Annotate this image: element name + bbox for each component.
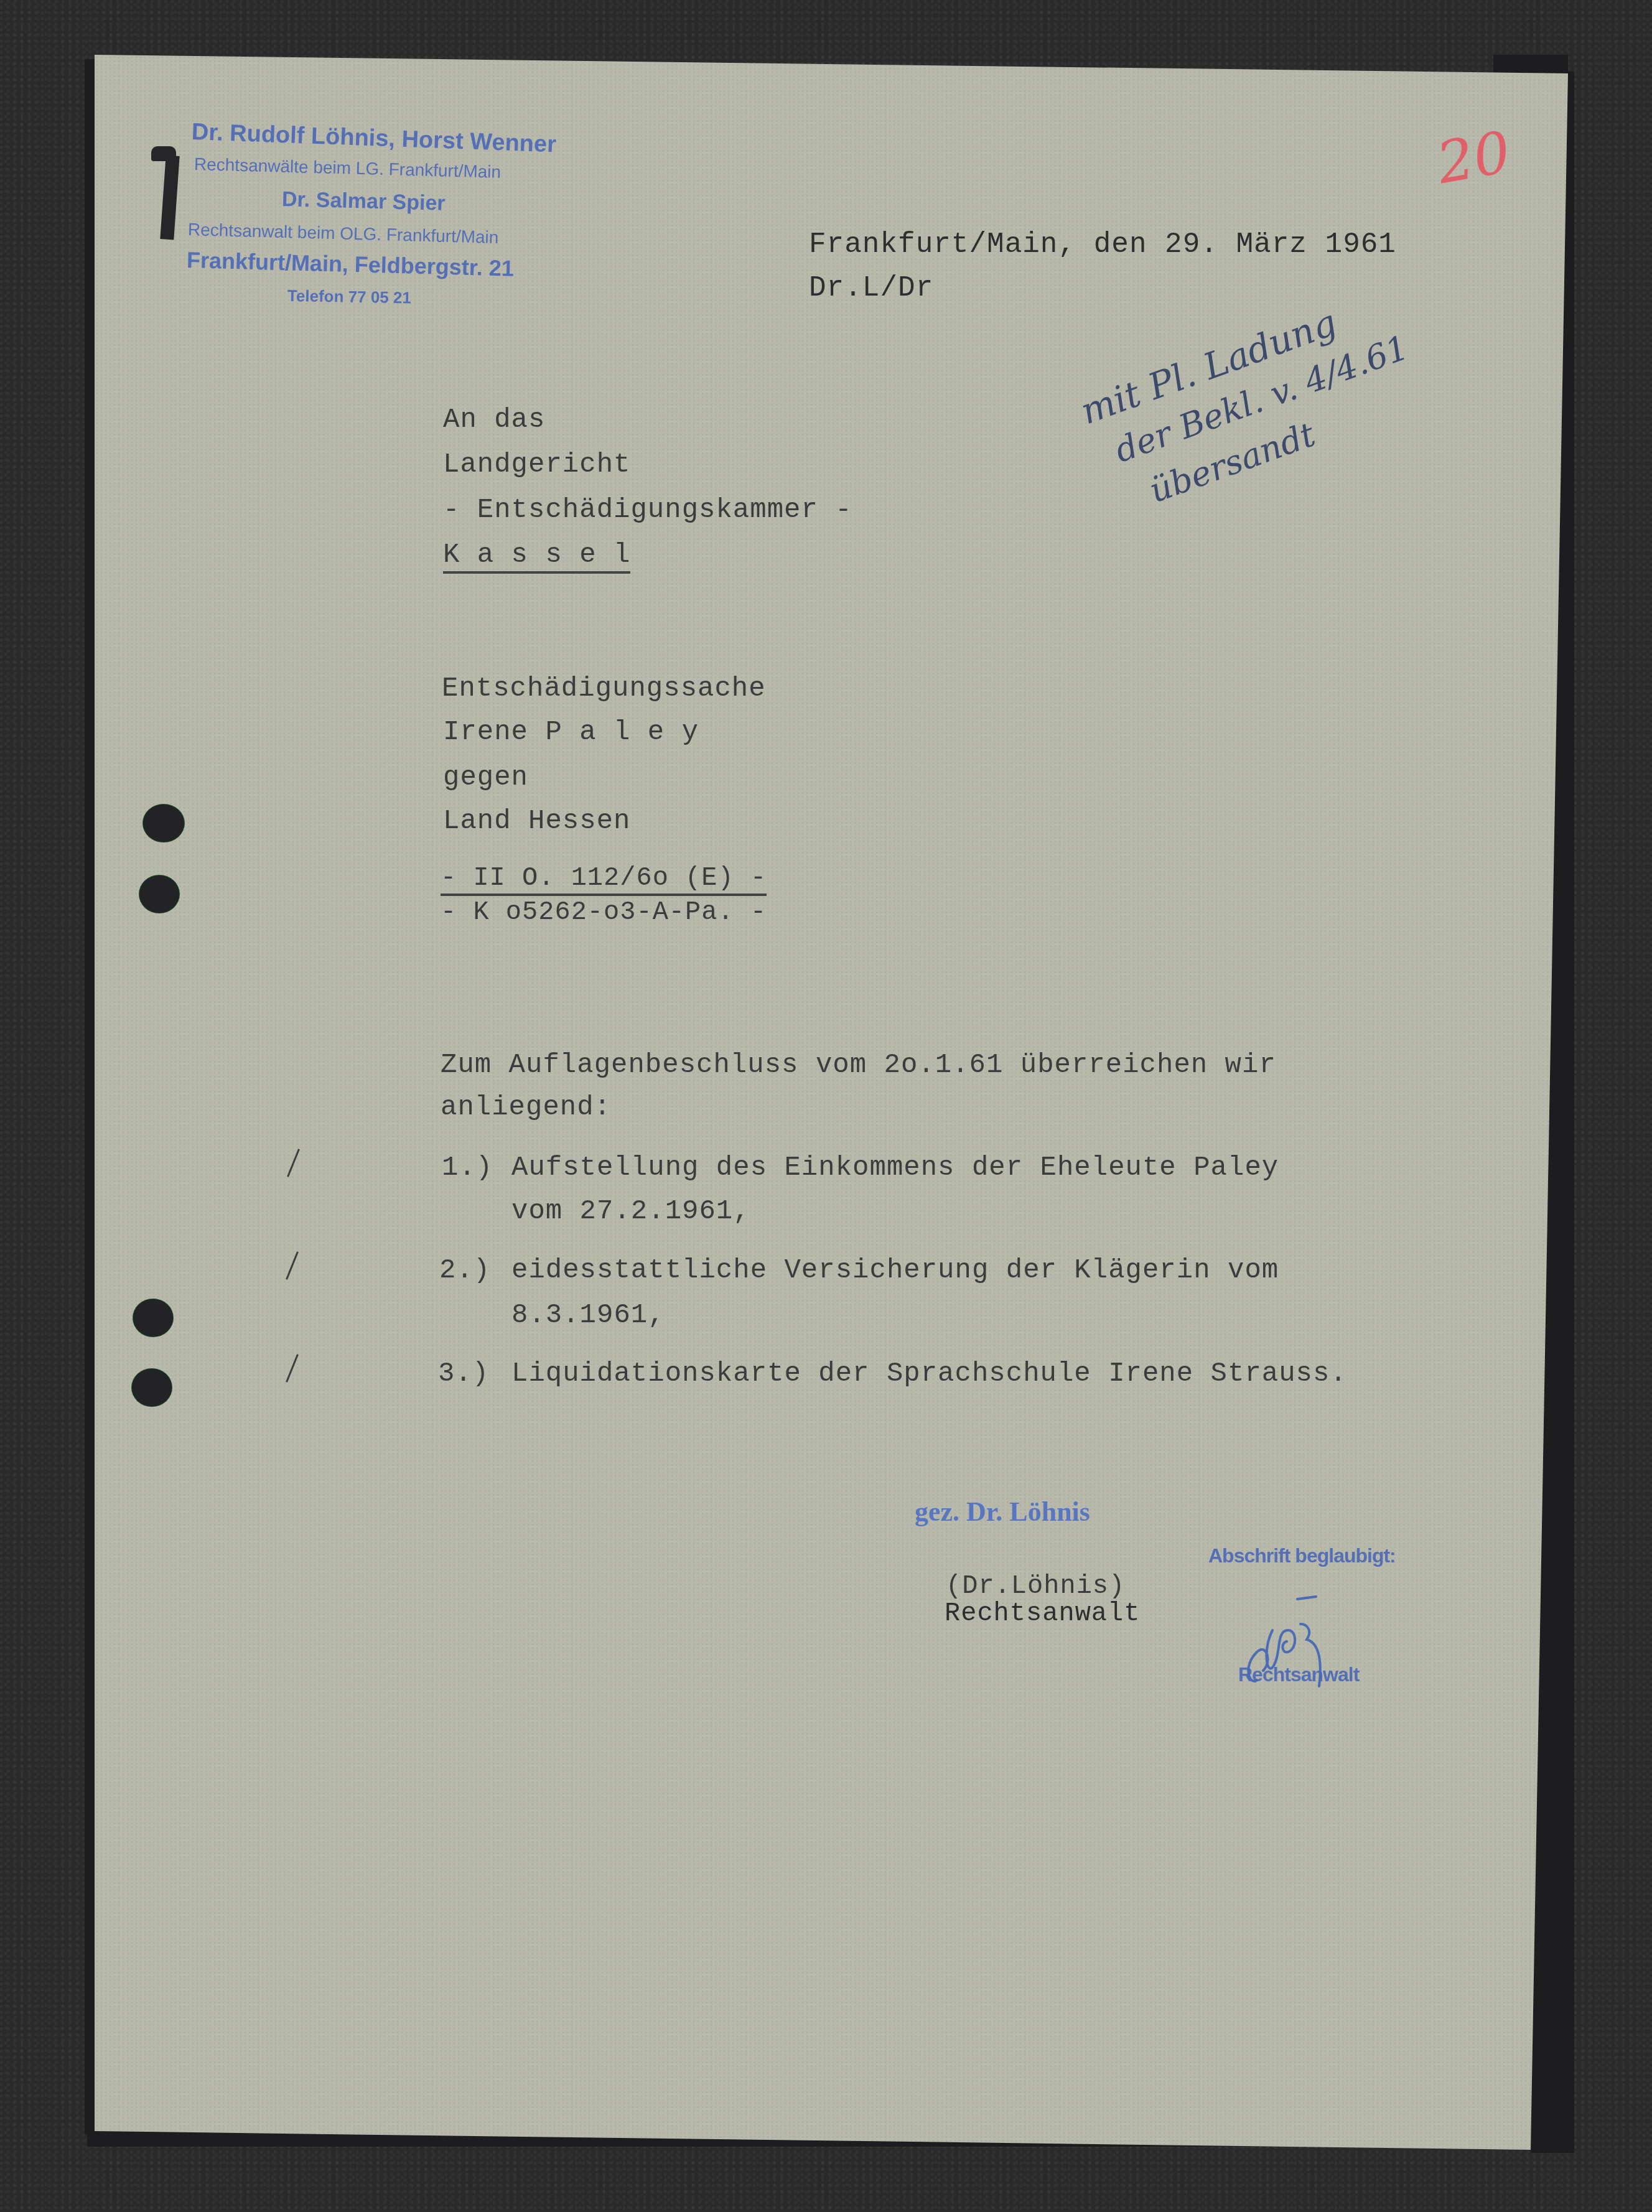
enclosure-text-continued: 8.3.1961, xyxy=(511,1302,665,1329)
recipient-court: Landgericht xyxy=(443,451,630,478)
case-defendant: Land Hessen xyxy=(443,808,630,835)
typed-signatory-title: Rechtsanwalt xyxy=(945,1600,1140,1626)
paper-shadow-left xyxy=(85,59,96,2134)
check-mark-slash xyxy=(286,1354,299,1383)
case-type: Entschädigungssache xyxy=(442,675,766,702)
stamp-firm-names: Dr. Rudolf Löhnis, Horst Wenner xyxy=(191,120,556,156)
stamp-address: Frankfurt/Main, Feldbergstr. 21 xyxy=(187,249,515,280)
case-file-number-office: - K o5262-o3-A-Pa. - xyxy=(441,899,767,925)
recipient-city: K a s s e l xyxy=(443,541,630,574)
document-page: Dr. Rudolf Löhnis, Horst Wenner Rechtsan… xyxy=(0,0,1652,2212)
dateline-place-date: Frankfurt/Main, den 29. März 1961 xyxy=(809,230,1396,259)
case-file-number-court: - II O. 112/6o (E) - xyxy=(441,865,767,896)
case-versus: gegen xyxy=(443,764,528,791)
enclosure-number: 3.) xyxy=(438,1360,489,1388)
punch-hole xyxy=(132,1369,172,1406)
recipient-line-1: An das xyxy=(443,406,545,434)
check-mark-slash xyxy=(287,1149,300,1177)
enclosure-text-continued: vom 27.2.1961, xyxy=(511,1198,750,1225)
certified-copy-stamp: Abschrift beglaubigt: xyxy=(1208,1546,1396,1566)
enclosure-text: Liquidationskarte der Sprachschule Irene… xyxy=(511,1360,1347,1388)
body-intro-line-2: anliegend: xyxy=(441,1094,611,1121)
certifying-attorney-title: Rechtsanwalt xyxy=(1238,1664,1359,1684)
punch-hole xyxy=(133,1299,173,1337)
case-plaintiff: Irene P a l e y xyxy=(443,719,699,746)
staple-tear-mark-stem xyxy=(160,155,179,240)
enclosure-text: eidesstattliche Versicherung der Klägeri… xyxy=(511,1257,1279,1284)
stamp-court-admission-1: Rechtsanwälte beim LG. Frankfurt/Main xyxy=(194,156,502,181)
body-intro-line-1: Zum Auflagenbeschluss vom 2o.1.61 überre… xyxy=(441,1052,1276,1079)
punch-hole xyxy=(143,805,184,842)
recipient-chamber: - Entschädigungskammer - xyxy=(443,497,852,524)
typed-signatory-name: (Dr.Löhnis) xyxy=(946,1573,1125,1599)
enclosure-text: Aufstellung des Einkommens der Eheleute … xyxy=(511,1154,1279,1182)
signed-by-stamp: gez. Dr. Löhnis xyxy=(915,1498,1090,1526)
stamp-court-admission-2: Rechtsanwalt beim OLG. Frankfurt/Main xyxy=(188,221,499,246)
stamp-phone: Telefon 77 05 21 xyxy=(287,287,411,306)
check-mark-slash xyxy=(286,1251,299,1280)
dateline-reference: Dr.L/Dr xyxy=(809,274,933,302)
page-number-mark: 20 xyxy=(1432,119,1516,197)
enclosure-number: 2.) xyxy=(439,1257,490,1284)
enclosure-number: 1.) xyxy=(442,1154,493,1182)
punch-hole xyxy=(139,875,179,913)
stamp-partner-name: Dr. Salmar Spier xyxy=(282,189,446,214)
